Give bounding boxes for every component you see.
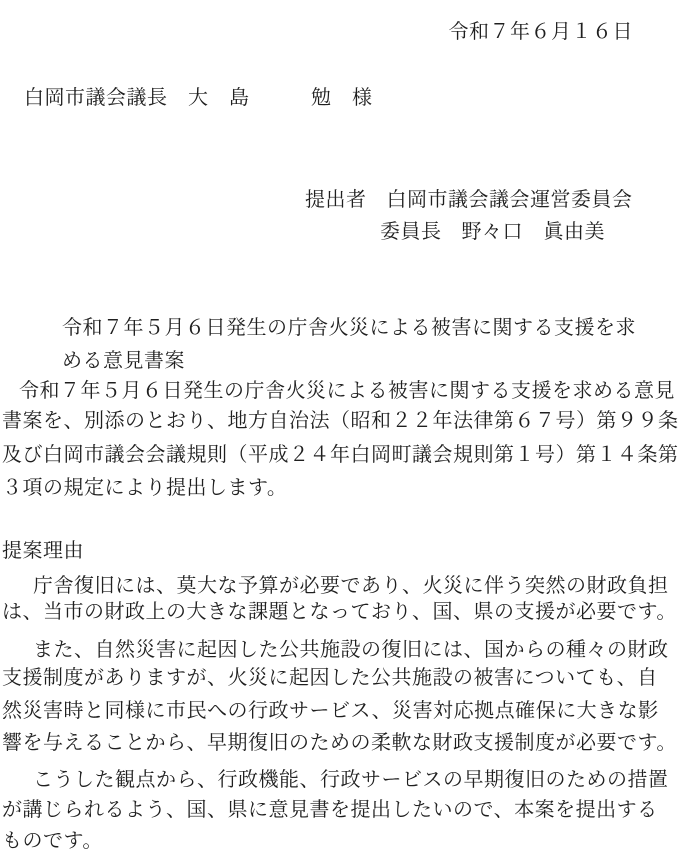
submission-text-line-1: 令和７年５月６日発生の庁舎火災による被害に関する支援を求める意見 <box>19 377 675 405</box>
reason-heading: 提案理由 <box>2 537 84 565</box>
reason-paragraph2-line-1: また、自然災害に起因した公共施設の復旧には、国からの種々の財政 <box>33 636 669 664</box>
submitter-label: 提出者 <box>305 189 367 211</box>
committee-chair-line: 委員長野々口 眞由美 <box>380 218 605 246</box>
reason-paragraph3-line-1: こうした観点から、行政機能、行政サービスの早期復旧のための措置 <box>33 766 669 794</box>
chair-name: 野々口 眞由美 <box>462 221 606 243</box>
addressee-line: 白岡市議会議長 大 島 勉 様 <box>24 84 373 112</box>
submitter-line: 提出者白岡市議会議会運営委員会 <box>305 186 633 214</box>
submission-text-line-4: ３項の規定により提出します。 <box>2 474 287 502</box>
submission-text-line-2: 書案を、別添のとおり、地方自治法（昭和２２年法律第６７号）第９９条 <box>2 407 679 435</box>
submitter-organization: 白岡市議会議会運営委員会 <box>387 189 633 211</box>
document-page: 令和７年６月１６日 白岡市議会議長 大 島 勉 様 提出者白岡市議会議会運営委員… <box>0 0 679 868</box>
bill-title-line-2: める意見書案 <box>62 347 185 375</box>
reason-paragraph3-line-3: ものです。 <box>2 827 103 855</box>
reason-paragraph3-line-2: が講じられるよう、国、県に意見書を提出したいので、本案を提出する <box>2 796 658 824</box>
submission-text-line-3: 及び白岡市議会会議規則（平成２４年白岡町議会規則第１号）第１４条第 <box>2 441 679 469</box>
reason-paragraph2-line-2: 支援制度がありますが、火災に起因した公共施設の被害についても、自 <box>2 664 658 692</box>
date-line: 令和７年６月１６日 <box>0 18 633 46</box>
reason-paragraph1-line-2: は、当市の財政上の大きな課題となっており、国、県の支援が必要です。 <box>2 598 677 626</box>
reason-paragraph2-line-4: 響を与えることから、早期復旧のための柔軟な財政支援制度が必要です。 <box>2 729 677 757</box>
bill-title-line-1: 令和７年５月６日発生の庁舎火災による被害に関する支援を求 <box>62 314 636 342</box>
reason-paragraph1-line-1: 庁舎復旧には、莫大な予算が必要であり、火災に伴う突然の財政負担 <box>33 572 669 600</box>
chair-label: 委員長 <box>380 221 442 243</box>
reason-paragraph2-line-3: 然災害時と同様に市民への行政サービス、災害対応拠点確保に大きな影 <box>2 697 659 725</box>
